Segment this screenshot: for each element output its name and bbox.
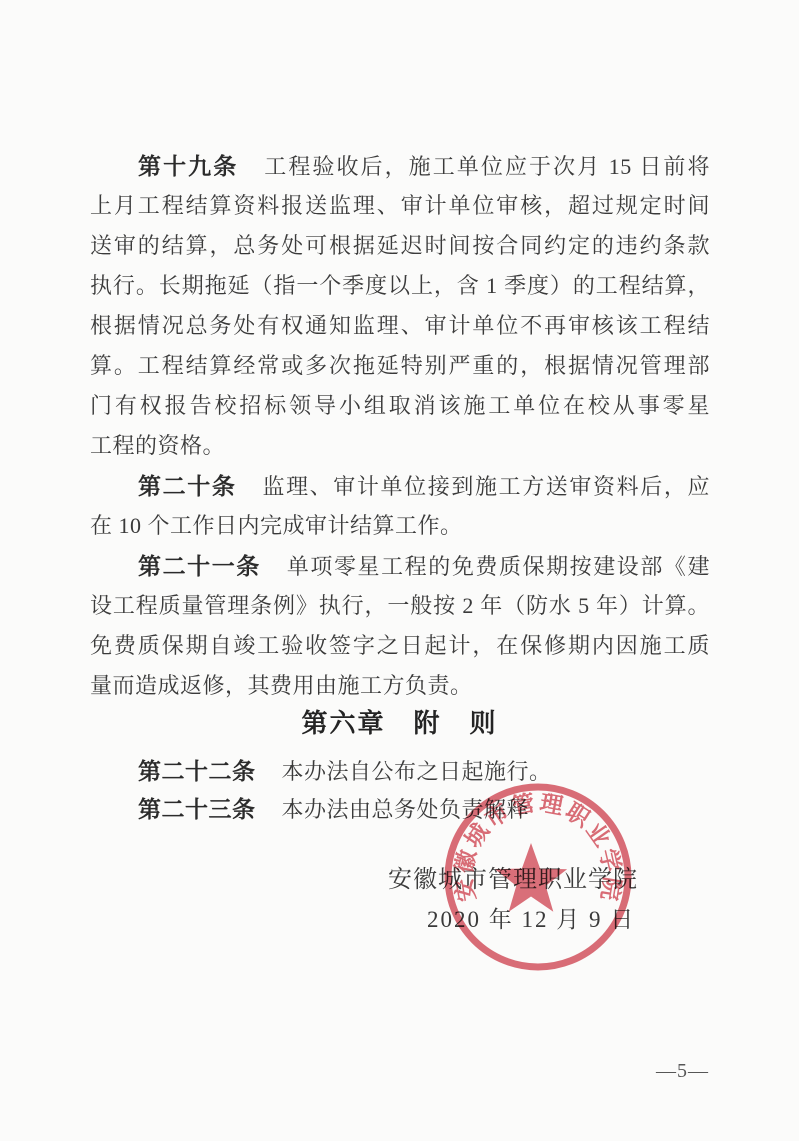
- body-line-text: 根据情况总务处有权通知监理、审计单位不再审核该工程结: [90, 313, 710, 338]
- body-line-text: 本办法由总务处负责解释: [282, 797, 530, 822]
- body-line-text: 工程的资格。: [90, 433, 225, 458]
- body-line: 送审的结算，总务处可根据延迟时间按合同约定的违约条款: [90, 226, 710, 266]
- body-line: 免费质保期自竣工验收签字之日起计，在保修期内因施工质: [90, 626, 710, 666]
- body-line: 在 10 个工作日内完成审计结算工作。: [90, 506, 710, 546]
- body-line: 上月工程结算资料报送监理、审计单位审核，超过规定时间: [90, 186, 710, 226]
- article-label: 第二十三条: [138, 796, 256, 822]
- body-line-text: 在 10 个工作日内完成审计结算工作。: [90, 513, 463, 538]
- body-line-text: 量而造成返修，其费用由施工方负责。: [90, 673, 473, 698]
- body-line: 第二十条监理、审计单位接到施工方送审资料后，应: [90, 466, 710, 506]
- document-body: 第十九条工程验收后，施工单位应于次月 15 日前将 上月工程结算资料报送监理、审…: [90, 146, 710, 706]
- body-line: 执行。长期拖延（指一个季度以上，含 1 季度）的工程结算，: [90, 266, 710, 306]
- body-line-text: 上月工程结算资料报送监理、审计单位审核，超过规定时间: [90, 193, 710, 218]
- body-line-text: 执行。长期拖延（指一个季度以上，含 1 季度）的工程结算，: [90, 273, 710, 298]
- article-label: 第二十二条: [138, 758, 256, 784]
- body-line-text: 设工程质量管理条例》执行，一般按 2 年（防水 5 年）计算。: [90, 593, 710, 618]
- body-line: 算。工程结算经常或多次拖延特别严重的，根据情况管理部: [90, 346, 710, 386]
- body-line: 门有权报告校招标领导小组取消该施工单位在校从事零星: [90, 386, 710, 426]
- body-line: 工程的资格。: [90, 426, 710, 466]
- body-line: 设工程质量管理条例》执行，一般按 2 年（防水 5 年）计算。: [90, 586, 710, 626]
- body-line: 第二十一条单项零星工程的免费质保期按建设部《建: [90, 546, 710, 586]
- document-page: 第十九条工程验收后，施工单位应于次月 15 日前将 上月工程结算资料报送监理、审…: [0, 0, 799, 1141]
- closing-articles: 第二十二条本办法自公布之日起施行。 第二十三条本办法由总务处负责解释: [90, 752, 730, 828]
- body-line-text: 单项零星工程的免费质保期按建设部《建: [287, 554, 710, 579]
- body-line: 量而造成返修，其费用由施工方负责。: [90, 666, 710, 706]
- body-line: 第十九条工程验收后，施工单位应于次月 15 日前将: [90, 146, 710, 186]
- body-line-text: 本办法自公布之日起施行。: [282, 759, 552, 784]
- body-line-text: 算。工程结算经常或多次拖延特别严重的，根据情况管理部: [90, 353, 710, 378]
- body-line-text: 送审的结算，总务处可根据延迟时间按合同约定的违约条款: [90, 233, 710, 258]
- body-line-text: 免费质保期自竣工验收签字之日起计，在保修期内因施工质: [90, 633, 710, 658]
- chapter-heading: 第六章 附 则: [0, 703, 799, 740]
- body-line-text: 工程验收后，施工单位应于次月 15 日前将: [264, 154, 710, 179]
- signature-organization: 安徽城市管理职业学院: [388, 859, 638, 894]
- article-label: 第二十条: [138, 473, 236, 499]
- body-line: 第二十二条本办法自公布之日起施行。: [90, 752, 730, 790]
- body-line-text: 门有权报告校招标领导小组取消该施工单位在校从事零星: [90, 393, 710, 418]
- body-line: 第二十三条本办法由总务处负责解释: [90, 790, 730, 828]
- body-line-text: 监理、审计单位接到施工方送审资料后，应: [262, 474, 710, 499]
- article-label: 第二十一条: [138, 553, 261, 579]
- page-number: —5—: [656, 1060, 709, 1083]
- body-line: 根据情况总务处有权通知监理、审计单位不再审核该工程结: [90, 306, 710, 346]
- article-label: 第十九条: [138, 153, 238, 179]
- signature-date: 2020 年 12 月 9 日: [427, 901, 635, 934]
